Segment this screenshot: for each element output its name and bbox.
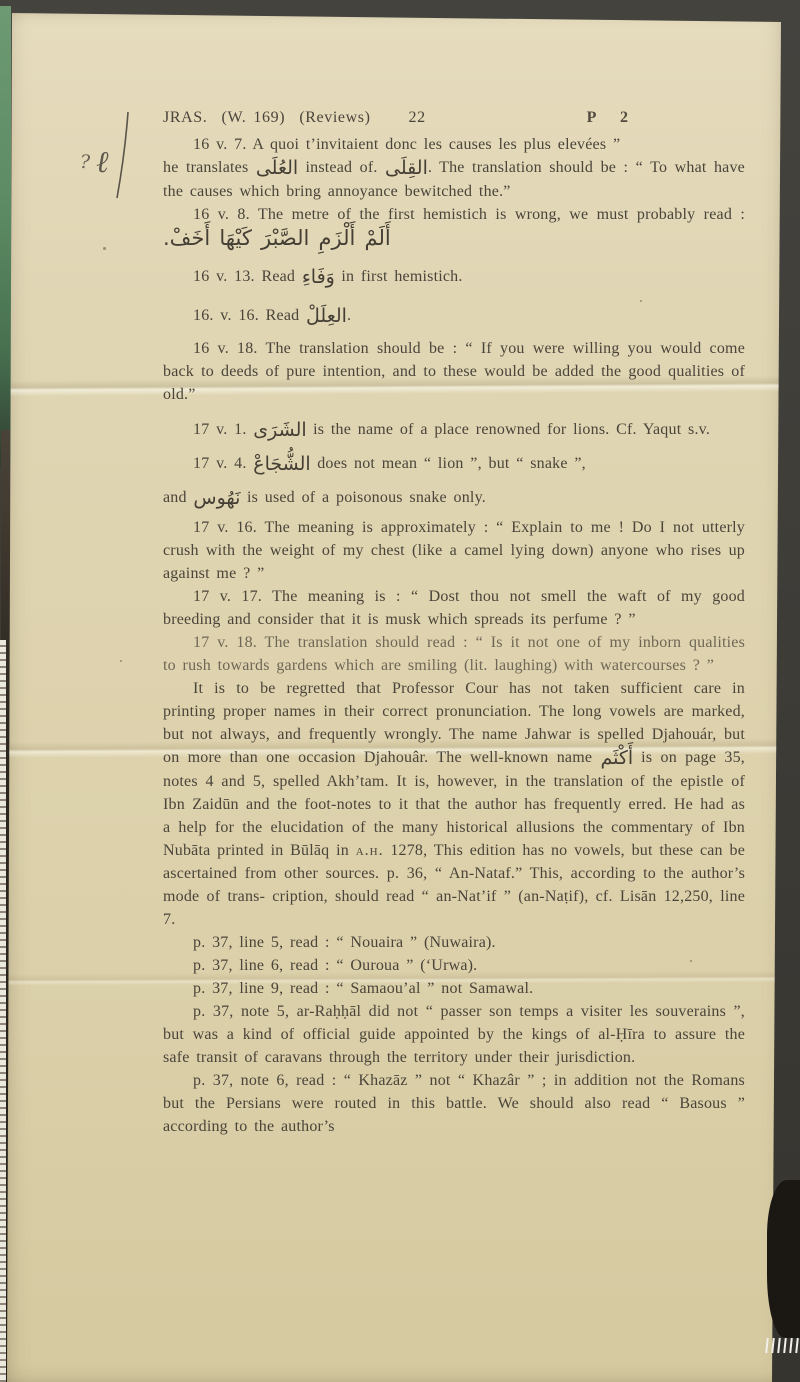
text-segment: 17 v. 18. The translation should read : … bbox=[163, 634, 745, 674]
paper-speck bbox=[103, 247, 106, 250]
entry-16v16: 16. v. 16. Read العِلَلْ. bbox=[163, 304, 745, 328]
text-segment: 17 v. 17. The meaning is : “ Dost thou n… bbox=[163, 588, 745, 628]
entry-17v18: 17 v. 18. The translation should read : … bbox=[163, 631, 745, 677]
text-segment: is used of a poisonous snake only. bbox=[240, 489, 485, 506]
entry-16v8: 16 v. 8. The metre of the first hemistic… bbox=[163, 203, 745, 250]
entry-16v13: 16 v. 13. Read وَفَاءِ in first hemistic… bbox=[163, 265, 745, 289]
pencil-slash-mark bbox=[117, 112, 128, 198]
scanned-page: { "colors":{"paper":"#ded3ae","ink":"#4a… bbox=[0, 0, 800, 1382]
text-segment: . bbox=[347, 307, 351, 324]
text-segment: 16 v. 13. Read bbox=[193, 268, 302, 285]
page-text: JRAS. (W. 169) (Reviews) 22 P 2 16 v. 7.… bbox=[163, 106, 745, 1138]
erratum-p37-line9: p. 37, line 9, read : “ Samaou’al ” not … bbox=[163, 977, 745, 1000]
scan-edge-ruler-marks bbox=[0, 640, 6, 1382]
entry-17v17: 17 v. 17. The meaning is : “ Dost thou n… bbox=[163, 585, 745, 631]
arabic-word: الشُّجَاعْ bbox=[253, 453, 310, 475]
text-segment: 17 v. 16. The meaning is approximately :… bbox=[163, 519, 745, 582]
arabic-word: العُلَى bbox=[256, 157, 298, 179]
arabic-word: الشَرَى bbox=[253, 419, 306, 441]
entry-17v4: 17 v. 4. الشُّجَاعْ does not mean “ lion… bbox=[163, 452, 745, 476]
arabic-word: نَهُوس bbox=[193, 487, 240, 509]
entry-17v16: 17 v. 16. The meaning is approximately :… bbox=[163, 516, 745, 585]
pencil-annotation: ? ℓ bbox=[68, 104, 140, 208]
text-segment: 16 v. 18. The translation should be : “ … bbox=[163, 340, 745, 403]
text-segment: is the name of a place renowned for lion… bbox=[307, 421, 710, 438]
erratum-p37-note5: p. 37, note 5, ar-Raḥḥāl did not “ passe… bbox=[163, 1000, 745, 1069]
text-segment: p. 37, line 9, read : “ Samaou’al ” not … bbox=[193, 980, 533, 997]
page-number-stamp: P 2 bbox=[587, 106, 637, 129]
scan-corner-tick-marks bbox=[766, 1338, 798, 1353]
text-segment: p. 37, line 6, read : “ Ouroua ” (‘Urwa)… bbox=[193, 957, 477, 974]
paragraph-criticism: It is to be regretted that Professor Cou… bbox=[163, 677, 745, 931]
text-segment: and bbox=[163, 489, 193, 506]
text-segment: a.h. bbox=[356, 842, 384, 859]
entry-17v4-continuation: and نَهُوس is used of a poisonous snake … bbox=[163, 486, 745, 510]
entry-16v7: 16 v. 7. A quoi t’invitaient donc les ca… bbox=[163, 133, 745, 156]
arabic-word: أَلَمْ أَلْزَمِ الصَّبْرَ كَيْهَا أَخَفْ… bbox=[163, 226, 391, 250]
text-segment: p. 37, line 5, read : “ Nouaira ” (Nuwai… bbox=[193, 934, 496, 951]
text-segment: p. 37, note 5, ar-Raḥḥāl did not “ passe… bbox=[163, 1003, 745, 1066]
page-body: 16 v. 7. A quoi t’invitaient donc les ca… bbox=[163, 133, 745, 1138]
erratum-p37-line6: p. 37, line 6, read : “ Ouroua ” (‘Urwa)… bbox=[163, 954, 745, 977]
text-segment: 16. v. 16. Read bbox=[193, 307, 306, 324]
text-segment: 16 v. 7. A quoi t’invitaient donc les ca… bbox=[193, 136, 620, 153]
scan-shadow-blob bbox=[767, 1180, 800, 1338]
arabic-word: العِلَلْ bbox=[306, 305, 347, 327]
pencil-question-mark: ? bbox=[80, 151, 91, 173]
erratum-p37-note6: p. 37, note 6, read : “ Khazāz ” not “ K… bbox=[163, 1069, 745, 1138]
arabic-word: أَكْثَم bbox=[600, 747, 633, 769]
text-segment: does not mean “ lion ”, but “ snake ”, bbox=[311, 455, 586, 472]
review-number: 22 bbox=[409, 106, 426, 129]
erratum-p37-line5: p. 37, line 5, read : “ Nouaira ” (Nuwai… bbox=[163, 931, 745, 954]
text-segment: instead of. bbox=[298, 159, 385, 176]
arabic-word: وَفَاءِ bbox=[302, 266, 335, 288]
text-segment: 17 v. 1. bbox=[193, 421, 253, 438]
pencil-annotation-drawing: ? ℓ bbox=[68, 104, 140, 208]
text-segment: 17 v. 4. bbox=[193, 455, 253, 472]
arabic-word: القِلَى bbox=[385, 157, 428, 179]
page-header: JRAS. (W. 169) (Reviews) 22 P 2 bbox=[163, 106, 745, 129]
text-segment: 16 v. 8. The metre of the first hemistic… bbox=[193, 206, 745, 223]
paper-speck bbox=[120, 660, 122, 662]
text-segment: in first hemistich. bbox=[335, 268, 463, 285]
text-segment: p. 37, note 6, read : “ Khazāz ” not “ K… bbox=[163, 1072, 745, 1135]
text-segment: he translates bbox=[163, 159, 256, 176]
pencil-letter-mark: ℓ bbox=[96, 145, 109, 180]
entry-16v7-continuation: he translates العُلَى instead of. القِلَ… bbox=[163, 156, 745, 203]
entry-17v1: 17 v. 1. الشَرَى is the name of a place … bbox=[163, 418, 745, 442]
journal-reference: JRAS. (W. 169) (Reviews) bbox=[163, 106, 371, 129]
entry-16v18: 16 v. 18. The translation should be : “ … bbox=[163, 337, 745, 406]
scan-edge-green-strip bbox=[0, 6, 11, 466]
